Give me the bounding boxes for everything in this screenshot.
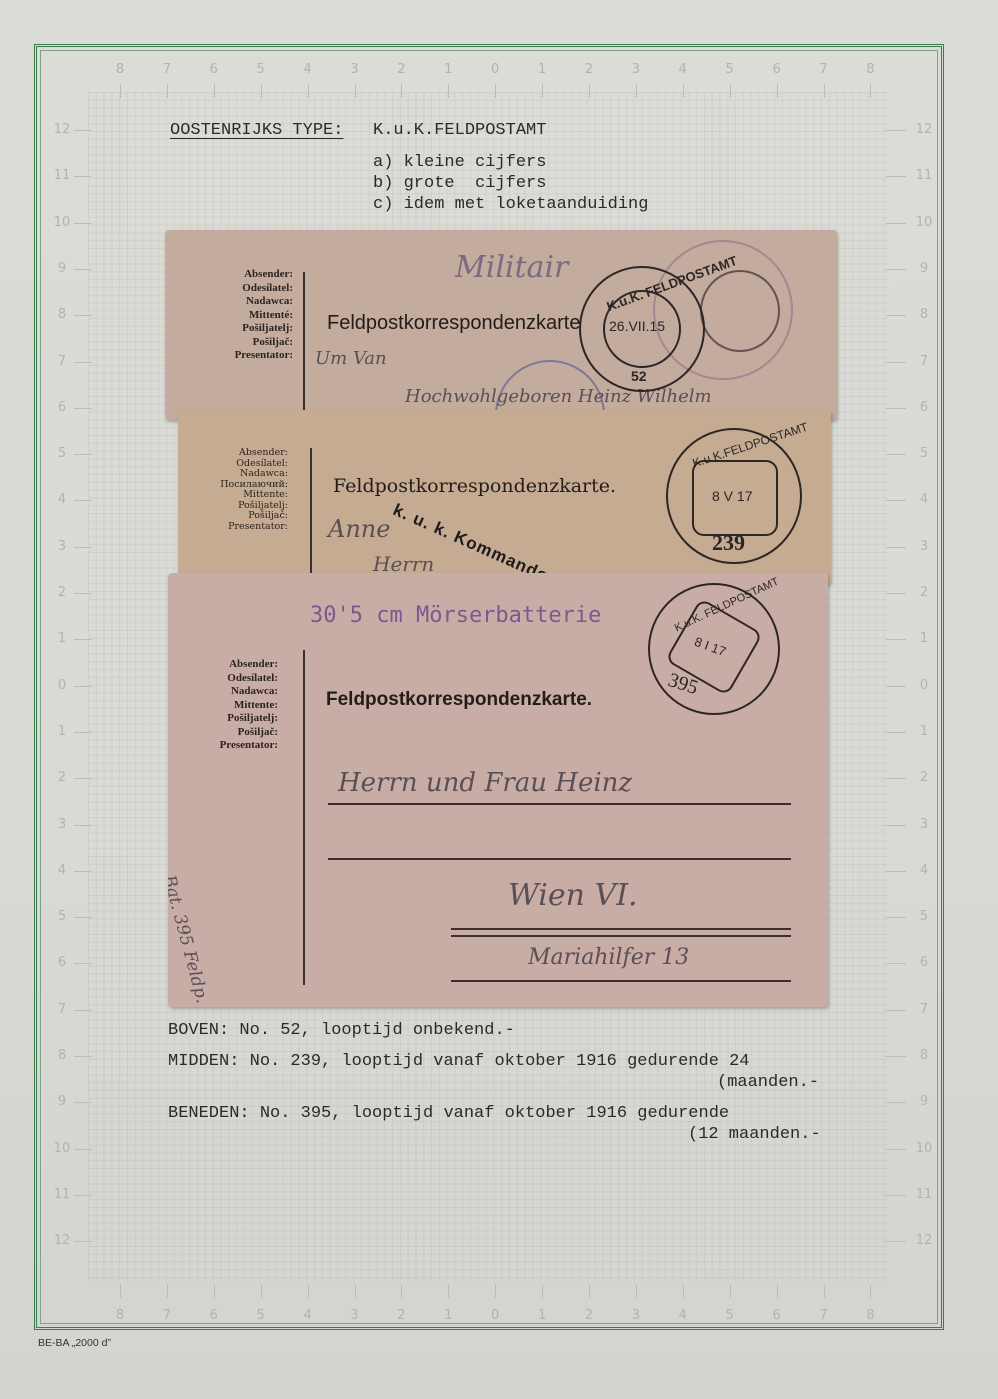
scale-number-right: 3 (914, 539, 934, 554)
divider-line (303, 650, 305, 985)
scale-number-left: 2 (52, 770, 72, 785)
scale-tick (74, 732, 92, 733)
scale-number-right: 10 (914, 1141, 934, 1156)
header-title: K.u.K.FELDPOSTAMT (373, 121, 546, 140)
address-line (451, 980, 791, 982)
scale-tick (355, 1284, 356, 1298)
stamp-impression-circle (700, 270, 780, 352)
scale-tick (886, 639, 906, 640)
scale-tick (886, 825, 906, 826)
scale-tick (886, 1010, 906, 1011)
sender-labels: Absender: Odesílatel: Nadawca: Посилаючи… (198, 448, 288, 532)
sender-label: Absender: (198, 658, 278, 672)
scale-tick (74, 454, 92, 455)
scale-number-right: 2 (914, 770, 934, 785)
scale-number-bottom: 1 (532, 1308, 552, 1323)
scale-number-right: 11 (914, 1187, 934, 1202)
scale-number-bottom: 4 (673, 1308, 693, 1323)
sender-label: Presentator: (205, 349, 293, 363)
postcard-bottom: 30'5 cm Mörserbatterie Absender: Odesíla… (168, 573, 828, 1007)
album-page: 8877665544332211001122334455667788121211… (0, 0, 998, 1399)
scale-tick (886, 269, 906, 270)
scale-number-right: 4 (914, 863, 934, 878)
scale-number-bottom: 7 (157, 1308, 177, 1323)
postmark-52: K.u.K. FELDPOSTAMT 26.VII.15 52 (579, 266, 705, 392)
scale-number-left: 1 (52, 724, 72, 739)
caption-boven: BOVEN: No. 52, looptijd onbekend.- (168, 1021, 515, 1040)
scale-tick (167, 84, 168, 98)
scale-tick (886, 963, 906, 964)
sender-label: Presentator: (198, 739, 278, 753)
scale-number-bottom: 8 (860, 1308, 880, 1323)
scale-number-left: 8 (52, 307, 72, 322)
scale-number-left: 9 (52, 261, 72, 276)
scale-tick (308, 84, 309, 98)
scale-tick (308, 1284, 309, 1298)
scale-tick (824, 84, 825, 98)
scale-number-left: 6 (52, 955, 72, 970)
header-item-c: c) idem met loketaanduiding (373, 195, 648, 214)
scale-number-left: 3 (52, 539, 72, 554)
scale-number-bottom: 3 (345, 1308, 365, 1323)
header-item-b: b) grote cijfers (373, 174, 546, 193)
address-line (451, 928, 791, 930)
scale-tick (74, 1102, 92, 1103)
scale-number-bottom: 3 (626, 1308, 646, 1323)
handwriting-line: Um Van (315, 348, 387, 369)
scale-number-right: 5 (914, 909, 934, 924)
handwriting-street: Mariahilfer 13 (528, 945, 689, 970)
postmark-395: K.u.K. FELDPOSTAMT 8 I 17 395 (648, 583, 780, 715)
scale-tick (886, 1056, 906, 1057)
sender-label: Absender: (205, 268, 293, 282)
album-page-code: BE-BA „2000 d” (38, 1337, 111, 1349)
sender-label: Pošiljač: (198, 726, 278, 740)
scale-number-top: 8 (860, 62, 880, 77)
scale-tick (401, 1284, 402, 1298)
sender-label: Mittenté: (205, 309, 293, 323)
scale-number-left: 11 (52, 168, 72, 183)
scale-number-left: 1 (52, 631, 72, 646)
scale-number-left: 9 (52, 1094, 72, 1109)
scale-tick (636, 1284, 637, 1298)
scale-tick (683, 1284, 684, 1298)
scale-number-bottom: 4 (298, 1308, 318, 1323)
card-title: Feldpostkorrespondenzkarte (327, 312, 580, 335)
scale-tick (74, 639, 92, 640)
postmark-number: 52 (631, 368, 647, 384)
scale-number-right: 11 (914, 168, 934, 183)
scale-number-top: 0 (485, 62, 505, 77)
address-line (451, 935, 791, 937)
sender-label: Absender: (198, 448, 288, 459)
scale-tick (120, 84, 121, 98)
scale-tick (870, 84, 871, 98)
scale-tick (74, 686, 92, 687)
scale-tick (355, 84, 356, 98)
sender-label: Odesílatel: (205, 282, 293, 296)
scale-number-top: 8 (110, 62, 130, 77)
handwriting-city: Wien VI. (508, 878, 638, 913)
caption-label: BOVEN: (168, 1021, 229, 1040)
scale-number-left: 12 (52, 1233, 72, 1248)
caption-label: MIDDEN: (168, 1052, 239, 1071)
sender-label: Pošiljatelj: (198, 712, 278, 726)
scale-tick (74, 408, 92, 409)
caption-text: No. 239, looptijd vanaf oktober 1916 ged… (239, 1052, 749, 1071)
scale-tick (886, 732, 906, 733)
handwriting-militair: Militair (455, 250, 568, 285)
scale-number-left: 6 (52, 400, 72, 415)
postcard-middle: Absender: Odesílatel: Nadawca: Посилаючи… (178, 410, 831, 585)
scale-tick (74, 362, 92, 363)
scale-number-right: 6 (914, 955, 934, 970)
caption-beneden-cont: (12 maanden.- (688, 1125, 821, 1144)
scale-tick (74, 1149, 92, 1150)
sender-label: Nadawca: (205, 295, 293, 309)
scale-tick (886, 686, 906, 687)
scale-number-bottom: 2 (579, 1308, 599, 1323)
handwriting-addressee: Herrn und Frau Heinz (338, 768, 632, 798)
sender-label: Nadawca: (198, 685, 278, 699)
scale-tick (74, 917, 92, 918)
scale-tick (74, 315, 92, 316)
handwriting-line: Anne (328, 515, 390, 543)
scale-tick (74, 593, 92, 594)
caption-text: No. 395, looptijd vanaf oktober 1916 ged… (250, 1104, 729, 1123)
scale-number-top: 4 (298, 62, 318, 77)
scale-number-left: 7 (52, 354, 72, 369)
scale-tick (777, 1284, 778, 1298)
sender-label: Nadawca: (198, 469, 288, 480)
scale-number-left: 2 (52, 585, 72, 600)
scale-number-right: 2 (914, 585, 934, 600)
scale-number-right: 8 (914, 307, 934, 322)
sender-label: Pošiljač: (205, 336, 293, 350)
scale-tick (886, 315, 906, 316)
scale-tick (74, 269, 92, 270)
sender-label: Odesílatel: (198, 672, 278, 686)
scale-tick (824, 1284, 825, 1298)
divider-line (310, 448, 312, 585)
scale-tick (261, 84, 262, 98)
scale-tick (730, 1284, 731, 1298)
scale-tick (886, 176, 906, 177)
scale-number-top: 6 (767, 62, 787, 77)
sender-label: Pošiljač: (198, 511, 288, 522)
postmark-number: 239 (712, 530, 745, 556)
handwriting-side-note: Bat. 395 Feldp. 21 (168, 873, 219, 1007)
scale-number-top: 3 (626, 62, 646, 77)
postmark-date: 26.VII.15 (609, 318, 665, 334)
scale-number-right: 0 (914, 678, 934, 693)
caption-text: No. 52, looptijd onbekend.- (229, 1021, 515, 1040)
scale-number-left: 5 (52, 446, 72, 461)
scale-tick (448, 84, 449, 98)
scale-number-bottom: 5 (251, 1308, 271, 1323)
scale-tick (167, 1284, 168, 1298)
scale-tick (589, 84, 590, 98)
scale-tick (886, 500, 906, 501)
scale-number-bottom: 1 (438, 1308, 458, 1323)
scale-number-top: 5 (251, 62, 271, 77)
scale-tick (74, 130, 92, 131)
scale-tick (886, 454, 906, 455)
scale-number-left: 4 (52, 863, 72, 878)
address-line (328, 858, 791, 860)
caption-label: BENEDEN: (168, 1104, 250, 1123)
scale-number-right: 7 (914, 354, 934, 369)
scale-number-bottom: 6 (204, 1308, 224, 1323)
sender-label: Pošiljatelj: (205, 322, 293, 336)
scale-number-right: 9 (914, 261, 934, 276)
scale-number-left: 7 (52, 1002, 72, 1017)
scale-tick (74, 963, 92, 964)
header-item-a: a) kleine cijfers (373, 153, 546, 172)
scale-number-right: 10 (914, 215, 934, 230)
scale-number-top: 2 (391, 62, 411, 77)
sender-label: Presentator: (198, 522, 288, 533)
scale-number-left: 0 (52, 678, 72, 693)
scale-tick (214, 1284, 215, 1298)
scale-number-right: 1 (914, 631, 934, 646)
scale-number-top: 1 (438, 62, 458, 77)
caption-midden: MIDDEN: No. 239, looptijd vanaf oktober … (168, 1052, 750, 1071)
scale-tick (74, 871, 92, 872)
scale-tick (886, 1149, 906, 1150)
address-line (328, 803, 791, 805)
scale-number-left: 11 (52, 1187, 72, 1202)
scale-tick (777, 84, 778, 98)
scale-tick (74, 1010, 92, 1011)
postmark-239: K.u.K.FELDPOSTAMT 8 V 17 239 (666, 428, 802, 564)
scale-number-right: 8 (914, 1048, 934, 1063)
scale-tick (74, 825, 92, 826)
scale-tick (448, 1284, 449, 1298)
scale-number-right: 1 (914, 724, 934, 739)
scale-number-top: 6 (204, 62, 224, 77)
scale-number-bottom: 5 (720, 1308, 740, 1323)
scale-tick (730, 84, 731, 98)
scale-tick (886, 362, 906, 363)
scale-number-top: 3 (345, 62, 365, 77)
scale-number-left: 5 (52, 909, 72, 924)
scale-tick (74, 223, 92, 224)
scale-number-right: 5 (914, 446, 934, 461)
sender-label: Mittente: (198, 490, 288, 501)
scale-number-top: 7 (157, 62, 177, 77)
scale-tick (683, 84, 684, 98)
scale-number-bottom: 2 (391, 1308, 411, 1323)
postcard-top: Absender: Odesílatel: Nadawca: Mittenté:… (165, 230, 837, 420)
scale-tick (542, 84, 543, 98)
scale-number-right: 6 (914, 400, 934, 415)
scale-tick (886, 593, 906, 594)
scale-number-left: 4 (52, 492, 72, 507)
scale-number-left: 10 (52, 215, 72, 230)
scale-tick (74, 176, 92, 177)
scale-number-top: 5 (720, 62, 740, 77)
scale-tick (74, 1241, 92, 1242)
scale-number-bottom: 0 (485, 1308, 505, 1323)
scale-tick (120, 1284, 121, 1298)
scale-tick (74, 500, 92, 501)
scale-tick (261, 1284, 262, 1298)
scale-tick (74, 1195, 92, 1196)
scale-number-right: 12 (914, 122, 934, 137)
scale-tick (886, 871, 906, 872)
sender-labels: Absender: Odesílatel: Nadawca: Mittente:… (198, 658, 278, 753)
scale-number-right: 4 (914, 492, 934, 507)
rubber-stamp-unit: 30'5 cm Mörserbatterie (310, 603, 601, 628)
scale-number-left: 8 (52, 1048, 72, 1063)
scale-number-right: 12 (914, 1233, 934, 1248)
postmark-date: 8 V 17 (712, 488, 752, 504)
scale-tick (495, 84, 496, 98)
scale-tick (636, 84, 637, 98)
scale-tick (495, 1284, 496, 1298)
scale-number-right: 7 (914, 1002, 934, 1017)
scale-tick (886, 1241, 906, 1242)
card-title: Feldpostkorrespondenzkarte. (333, 475, 616, 497)
scale-tick (886, 408, 906, 409)
sender-labels: Absender: Odesílatel: Nadawca: Mittenté:… (205, 268, 293, 363)
scale-tick (401, 84, 402, 98)
scale-tick (886, 130, 906, 131)
scale-tick (870, 1284, 871, 1298)
scale-number-bottom: 7 (814, 1308, 834, 1323)
scale-number-top: 2 (579, 62, 599, 77)
scale-tick (886, 917, 906, 918)
scale-number-top: 4 (673, 62, 693, 77)
scale-number-top: 7 (814, 62, 834, 77)
scale-number-bottom: 8 (110, 1308, 130, 1323)
scale-tick (589, 1284, 590, 1298)
scale-tick (886, 547, 906, 548)
scale-number-left: 12 (52, 122, 72, 137)
scale-tick (74, 547, 92, 548)
scale-tick (74, 778, 92, 779)
scale-number-right: 9 (914, 1094, 934, 1109)
header-label: OOSTENRIJKS TYPE: (170, 121, 343, 140)
scale-tick (886, 223, 906, 224)
scale-number-left: 10 (52, 1141, 72, 1156)
scale-tick (886, 778, 906, 779)
scale-tick (542, 1284, 543, 1298)
scale-number-top: 1 (532, 62, 552, 77)
caption-midden-cont: (maanden.- (717, 1073, 819, 1092)
scale-number-bottom: 6 (767, 1308, 787, 1323)
caption-beneden: BENEDEN: No. 395, looptijd vanaf oktober… (168, 1104, 729, 1123)
scale-number-left: 3 (52, 817, 72, 832)
scale-tick (886, 1195, 906, 1196)
sender-label: Mittente: (198, 699, 278, 713)
divider-line (303, 272, 305, 420)
scale-tick (886, 1102, 906, 1103)
scale-tick (74, 1056, 92, 1057)
card-title: Feldpostkorrespondenzkarte. (326, 689, 592, 711)
scale-number-right: 3 (914, 817, 934, 832)
scale-tick (214, 84, 215, 98)
